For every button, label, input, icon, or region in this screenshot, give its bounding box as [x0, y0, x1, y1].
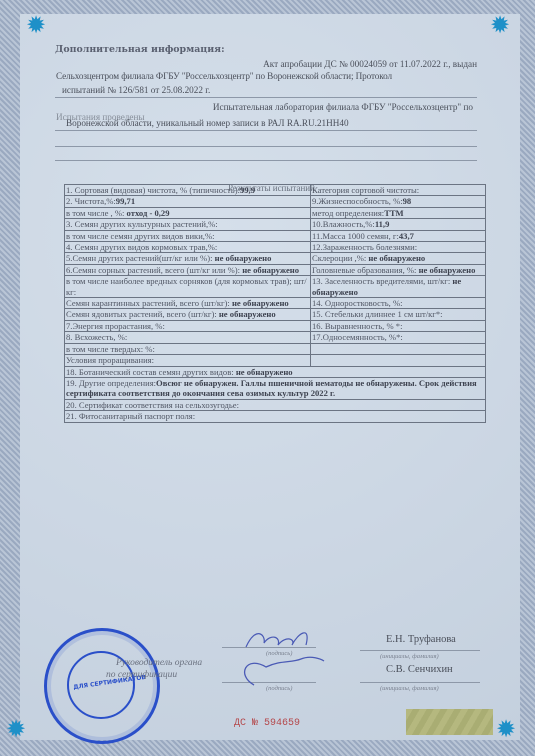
result-right-cell: 14. Одноростковость, %: — [311, 298, 486, 309]
result-full-cell: 21. Фитосанитарный паспорт поля: — [65, 411, 486, 422]
table-row: 6.Семян сорных растений, всего (шт/кг ил… — [65, 264, 486, 275]
result-right-cell: 9.Жизнеспособность, %:98 — [311, 196, 486, 207]
result-label: 8. Всхожесть, %: — [66, 332, 127, 342]
result-left-cell: Условия проращивания: — [65, 355, 311, 366]
result-value: не обнаружено — [219, 309, 276, 319]
result-label: 18. Ботанический состав семян других вид… — [66, 367, 236, 377]
result-value: 99,9 — [240, 185, 255, 195]
result-label: Головневые образования, %: — [312, 265, 419, 275]
result-label: в том числе , %: — [66, 208, 127, 218]
result-label: метод определения: — [312, 208, 384, 218]
result-left-cell: 5.Семян других растений(шт/кг или %): не… — [65, 253, 311, 264]
result-value: ТТМ — [384, 208, 403, 218]
result-label: 5.Семян других растений(шт/кг или %): — [66, 253, 215, 263]
snowflake-ornament-icon: ✹ — [24, 14, 48, 38]
result-right-cell: 13. Заселенность вредителями, шт/кг: не … — [311, 276, 486, 298]
result-value: не обнаружено — [419, 265, 476, 275]
result-right-cell: 15. Стебельки длиннее 1 см шт/кг*: — [311, 309, 486, 320]
result-value: не обнаружено — [368, 253, 425, 263]
additional-info-heading: Дополнительная информация: — [55, 44, 225, 55]
result-left-cell: 1. Сортовая (видовая) чистота, % (типичн… — [65, 185, 311, 196]
name-line — [360, 682, 480, 683]
result-left-cell: Семян ядовитых растений, всего (шт/кг): … — [65, 309, 311, 320]
table-row: 18. Ботанический состав семян других вид… — [65, 366, 486, 377]
lab-line: Испытательная лаборатория филиала ФГБУ "… — [213, 102, 473, 112]
result-full-cell: 18. Ботанический состав семян других вид… — [65, 366, 486, 377]
result-label: 12.Зараженность болезнями: — [312, 242, 417, 252]
result-label: 10.Влажность,%: — [312, 219, 375, 229]
result-right-cell: 12.Зараженность болезнями: — [311, 242, 486, 253]
result-left-cell: Семян карантинных растений, всего (шт/кг… — [65, 298, 311, 309]
result-right-cell: Склероции ,%: не обнаружено — [311, 253, 486, 264]
result-label: 21. Фитосанитарный паспорт поля: — [66, 411, 195, 421]
result-label: Склероции ,%: — [312, 253, 368, 263]
rule-line — [55, 160, 477, 161]
result-label: в том числе наиболее вредных сорняков (д… — [66, 276, 307, 296]
certificate-page: ✹ ✹ ✹ ✹ Дополнительная информация: Акт а… — [0, 0, 535, 756]
result-label: 19. Другие определения: — [66, 378, 156, 388]
result-value: 11,9 — [375, 219, 390, 229]
snowflake-ornament-icon: ✹ — [494, 718, 518, 742]
result-value: 43,7 — [399, 231, 414, 241]
table-row: 3. Семян других культурных растений,%:10… — [65, 219, 486, 230]
table-row: Условия проращивания: — [65, 355, 486, 366]
result-label: 15. Стебельки длиннее 1 см шт/кг*: — [312, 309, 443, 319]
result-label: 7.Энергия прорастания, %: — [66, 321, 165, 331]
result-right-cell: 17.Односемянность, %*: — [311, 332, 486, 343]
table-row: в том числе наиболее вредных сорняков (д… — [65, 276, 486, 298]
table-row: 19. Другие определения:Овсюг не обнаруже… — [65, 377, 486, 399]
result-value: не обнаружено — [236, 367, 293, 377]
result-right-cell: 11.Масса 1000 семян, г:43,7 — [311, 230, 486, 241]
result-right-cell: 16. Выравненность, % *: — [311, 320, 486, 331]
result-label: 1. Сортовая (видовая) чистота, % (типичн… — [66, 185, 240, 195]
result-right-cell — [311, 343, 486, 354]
table-row: в том числе , %: отход - 0,29метод опред… — [65, 207, 486, 218]
rule-line — [55, 146, 477, 147]
table-row: 4. Семян других видов кормовых трав,%:12… — [65, 242, 486, 253]
table-row: 8. Всхожесть, %:17.Односемянность, %*: — [65, 332, 486, 343]
rule-line — [55, 130, 477, 131]
test-results-table: 1. Сортовая (видовая) чистота, % (типичн… — [64, 184, 486, 423]
result-label: 16. Выравненность, % *: — [312, 321, 402, 331]
result-label: 20. Сертификат соответствия на сельхозуг… — [66, 400, 239, 410]
result-label: 17.Односемянность, %*: — [312, 332, 403, 342]
result-label: 11.Масса 1000 семян, г: — [312, 231, 399, 241]
result-right-cell: 10.Влажность,%:11,9 — [311, 219, 486, 230]
result-label: 3. Семян других культурных растений,%: — [66, 219, 218, 229]
result-full-cell: 19. Другие определения:Овсюг не обнаруже… — [65, 377, 486, 399]
result-value: 99,71 — [116, 196, 135, 206]
name-line — [360, 650, 480, 651]
table-row: 20. Сертификат соответствия на сельхозуг… — [65, 399, 486, 410]
result-right-cell: Головневые образования, %: не обнаружено — [311, 264, 486, 275]
result-full-cell: 20. Сертификат соответствия на сельхозуг… — [65, 399, 486, 410]
result-label: Семян ядовитых растений, всего (шт/кг): — [66, 309, 219, 319]
hologram-sticker — [406, 709, 493, 735]
result-right-cell: метод определения:ТТМ — [311, 207, 486, 218]
issuer-line: Сельхозцентром филиала ФГБУ "Россельхозц… — [56, 71, 392, 81]
snowflake-ornament-icon: ✹ — [4, 718, 28, 742]
result-label: 6.Семян сорных растений, всего (шт/кг ил… — [66, 265, 242, 275]
official-stamp: ДЛЯ СЕРТИФИКАТОВ — [44, 628, 160, 744]
result-left-cell: 7.Энергия прорастания, %: — [65, 320, 311, 331]
table-row: 2. Чистота,%:99,719.Жизнеспособность, %:… — [65, 196, 486, 207]
table-row: в том числе твердых: %: — [65, 343, 486, 354]
result-value: не обнаружено — [215, 253, 272, 263]
result-label: Категория сортовой чистоты: — [312, 185, 419, 195]
result-left-cell: в том числе , %: отход - 0,29 — [65, 207, 311, 218]
result-left-cell: 3. Семян других культурных растений,%: — [65, 219, 311, 230]
approbation-act-line: Акт апробации ДС № 00024059 от 11.07.202… — [263, 59, 477, 69]
result-label: Условия проращивания: — [66, 355, 154, 365]
result-left-cell: 6.Семян сорных растений, всего (шт/кг ил… — [65, 264, 311, 275]
result-left-cell: в том числе наиболее вредных сорняков (д… — [65, 276, 311, 298]
result-label: в том числе семян других видов вики,%: — [66, 231, 215, 241]
handwritten-signature — [226, 615, 326, 695]
table-row: в том числе семян других видов вики,%:11… — [65, 230, 486, 241]
lab-record-line: Воронежской области, уникальный номер за… — [66, 118, 349, 128]
result-value: отход - 0,29 — [127, 208, 170, 218]
result-label: 14. Одноростковость, %: — [312, 298, 403, 308]
test-protocol-line: испытаний № 126/581 от 25.08.2022 г. — [62, 85, 210, 95]
result-value: не обнаружено — [242, 265, 299, 275]
result-left-cell: 8. Всхожесть, %: — [65, 332, 311, 343]
result-left-cell: в том числе семян других видов вики,%: — [65, 230, 311, 241]
result-value: не обнаружено — [232, 298, 289, 308]
table-row: 21. Фитосанитарный паспорт поля: — [65, 411, 486, 422]
result-right-cell: Категория сортовой чистоты: — [311, 185, 486, 196]
certification-body-label: по сертификации — [106, 670, 177, 680]
result-label: Семян карантинных растений, всего (шт/кг… — [66, 298, 232, 308]
signatory-name-2: С.В. Сенчихин — [386, 664, 453, 675]
result-left-cell: в том числе твердых: %: — [65, 343, 311, 354]
result-right-cell — [311, 355, 486, 366]
result-label: 13. Заселенность вредителями, шт/кг: — [312, 276, 452, 286]
table-row: Семян карантинных растений, всего (шт/кг… — [65, 298, 486, 309]
result-left-cell: 4. Семян других видов кормовых трав,%: — [65, 242, 311, 253]
rule-line — [55, 97, 477, 98]
snowflake-ornament-icon: ✹ — [488, 14, 512, 38]
result-label: 4. Семян других видов кормовых трав,%: — [66, 242, 217, 252]
name-caption: (инициалы, фамилия) — [380, 653, 439, 660]
result-label: 2. Чистота,%: — [66, 196, 116, 206]
signatory-name-1: Е.Н. Труфанова — [386, 634, 456, 645]
result-left-cell: 2. Чистота,%:99,71 — [65, 196, 311, 207]
serial-number: ДС № 594659 — [234, 718, 300, 729]
result-value: 98 — [403, 196, 412, 206]
head-of-body-label: Руководитель органа — [116, 658, 202, 668]
table-row: Семян ядовитых растений, всего (шт/кг): … — [65, 309, 486, 320]
name-caption: (инициалы, фамилия) — [380, 685, 439, 692]
table-row: 1. Сортовая (видовая) чистота, % (типичн… — [65, 185, 486, 196]
table-row: 7.Энергия прорастания, %:16. Выравненнос… — [65, 320, 486, 331]
table-row: 5.Семян других растений(шт/кг или %): не… — [65, 253, 486, 264]
result-label: 9.Жизнеспособность, %: — [312, 196, 403, 206]
result-label: в том числе твердых: %: — [66, 344, 155, 354]
